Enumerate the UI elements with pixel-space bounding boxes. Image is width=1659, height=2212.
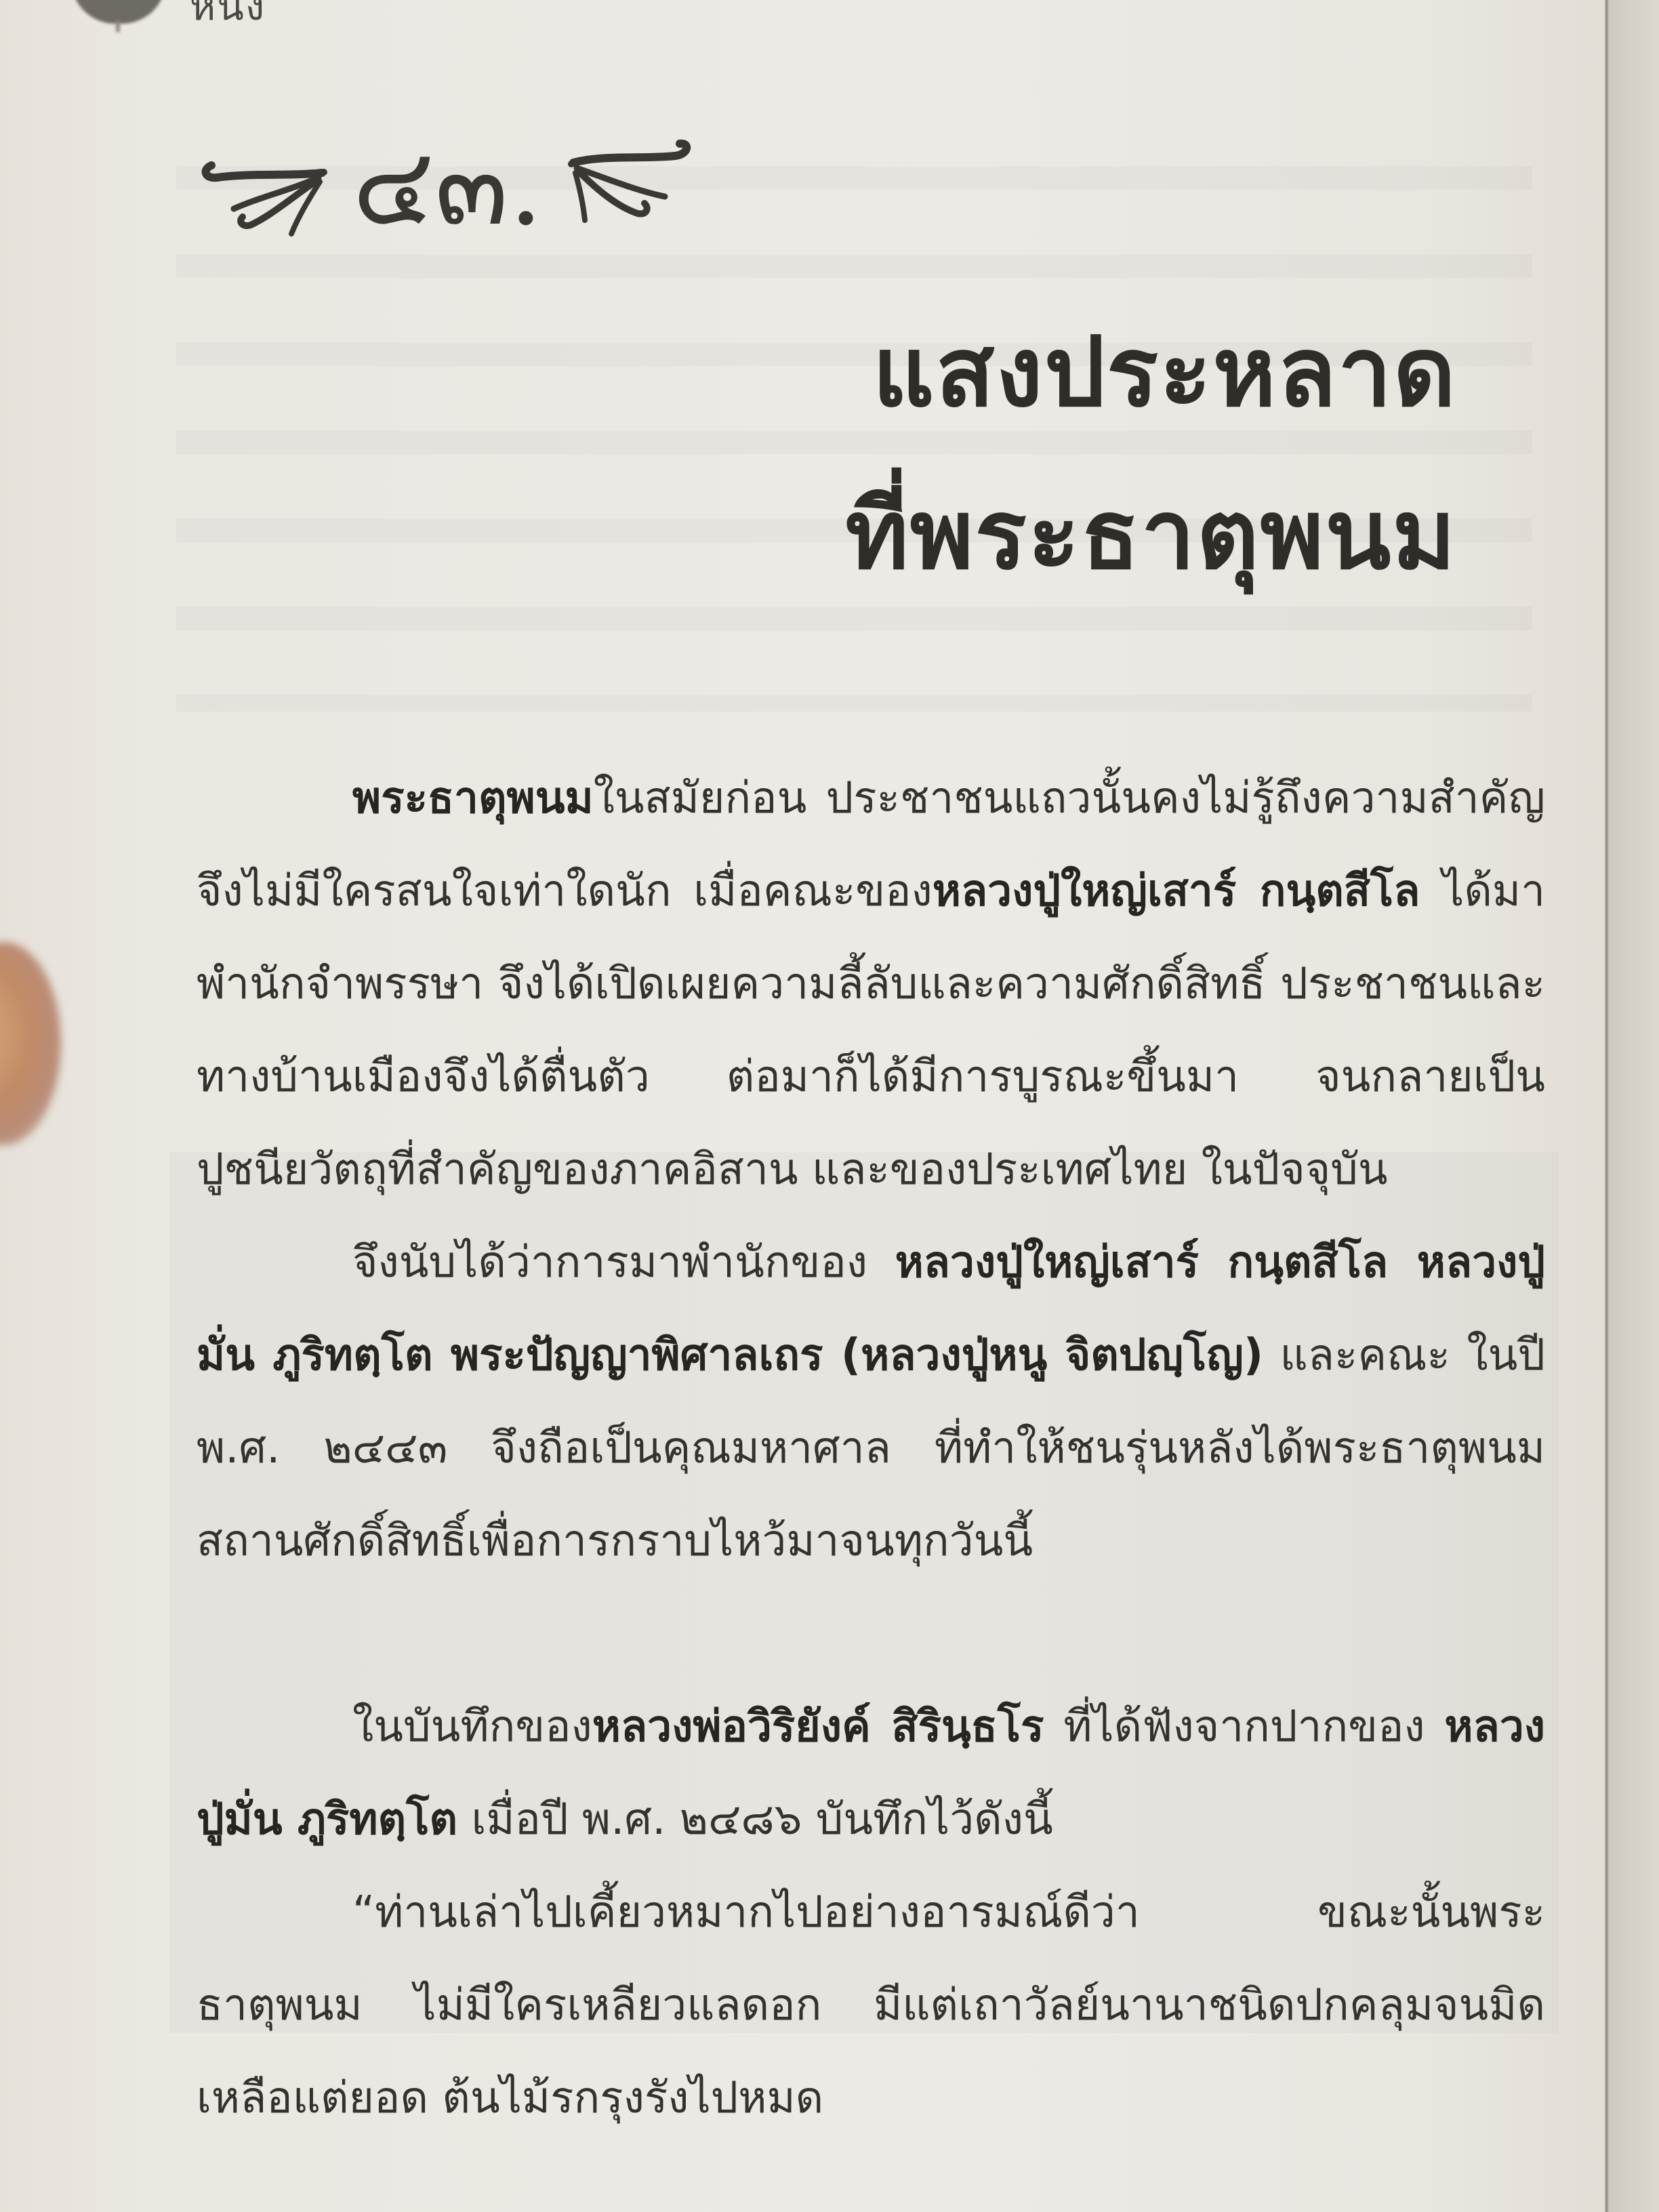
- chapter-number: ๔๓.: [197, 119, 699, 254]
- paragraph-text: จึงนับได้ว่าการมาพำนักของ: [352, 1237, 895, 1288]
- running-header-fragment: หนึ่ง: [190, 0, 266, 37]
- bold-name-text: หลวงปู่ใหญ่เสาร์ กนฺตสีโล: [933, 866, 1420, 916]
- paragraph-text: เมื่อปี พ.ศ. ๒๔๘๖ บันทึกไว้ดังนี้: [457, 1795, 1053, 1845]
- title-line-1: แสงประหลาด: [845, 291, 1457, 454]
- wing-ornament-right-icon: [556, 136, 699, 237]
- paragraph: พระธาตุพนมในสมัยก่อน ประชาชนแถวนั้นคงไม่…: [197, 752, 1545, 1216]
- header-leaf-ornament: [71, 0, 166, 24]
- paragraph-text: ในบันทึกของ: [352, 1702, 592, 1752]
- book-page: หนึ่ง ๔๓. แสงประหลาด ที่พระธาตุพนม พร: [0, 0, 1612, 2212]
- paragraph: จึงนับได้ว่าการมาพำนักของ หลวงปู่ใหญ่เสา…: [197, 1216, 1545, 1588]
- title-line-2: ที่พระธาตุพนม: [845, 454, 1457, 617]
- adjacent-page-edge: [1609, 0, 1659, 2212]
- bold-name-text: พระธาตุพนม: [352, 773, 594, 823]
- chapter-numeral: ๔๓.: [352, 132, 543, 241]
- paragraph: ในบันทึกของหลวงพ่อวิริยังค์ สิรินฺธโร ที…: [197, 1681, 1545, 1866]
- paragraph: “ท่านเล่าไปเคี้ยวหมากไปอย่างอารมณ์ดีว่า …: [197, 1866, 1545, 2145]
- chapter-title: แสงประหลาด ที่พระธาตุพนม: [845, 291, 1457, 617]
- body-text: พระธาตุพนมในสมัยก่อน ประชาชนแถวนั้นคงไม่…: [197, 752, 1545, 2145]
- wing-ornament-left-icon: [197, 136, 339, 237]
- paragraph-text: “ท่านเล่าไปเคี้ยวหมากไปอย่างอารมณ์ดีว่า …: [197, 1887, 1545, 2123]
- paragraph-text: ที่ได้ฟังจากปากของ: [1044, 1702, 1445, 1752]
- bold-name-text: หลวงพ่อวิริยังค์ สิรินฺธโร: [592, 1702, 1044, 1752]
